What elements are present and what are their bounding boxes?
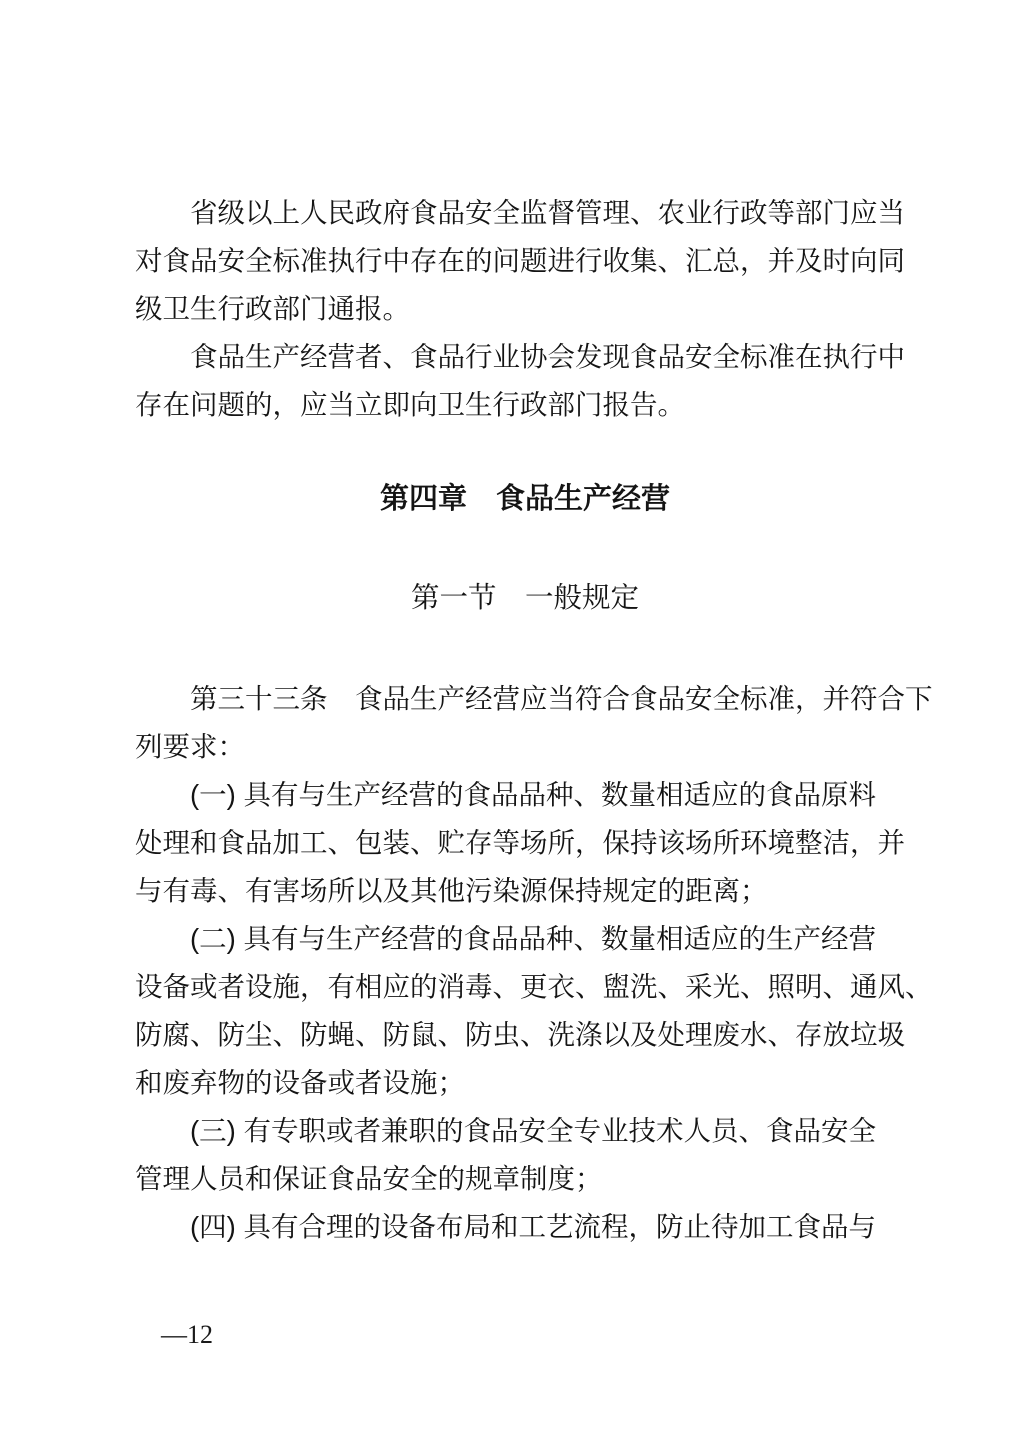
document-page: 省级以上人民政府食品安全监督管理、农业行政等部门应当对食品安全标准执行中存在的问…: [0, 0, 1024, 1450]
document-body: 省级以上人民政府食品安全监督管理、农业行政等部门应当对食品安全标准执行中存在的问…: [135, 189, 915, 1251]
body-line: 管理人员和保证食品安全的规章制度；: [135, 1155, 915, 1203]
paragraph: 省级以上人民政府食品安全监督管理、农业行政等部门应当对食品安全标准执行中存在的问…: [135, 189, 915, 333]
body-line: 处理和食品加工、包装、贮存等场所，保持该场所环境整洁，并: [135, 819, 915, 867]
section-heading: 第一节 一般规定: [135, 575, 915, 623]
paragraph: (四) 具有合理的设备布局和工艺流程，防止待加工食品与: [135, 1203, 915, 1251]
body-line: (三) 有专职或者兼职的食品安全专业技术人员、食品安全: [135, 1107, 915, 1155]
body-line: 第三十三条 食品生产经营应当符合食品安全标准，并符合下: [135, 675, 915, 723]
body-line: (一) 具有与生产经营的食品品种、数量相适应的食品原料: [135, 771, 915, 819]
body-line: 设备或者设施，有相应的消毒、更衣、盥洗、采光、照明、通风、: [135, 963, 915, 1011]
body-line: (四) 具有合理的设备布局和工艺流程，防止待加工食品与: [135, 1203, 915, 1251]
body-line: 存在问题的，应当立即向卫生行政部门报告。: [135, 381, 915, 429]
chapter-heading: 第四章 食品生产经营: [135, 475, 915, 523]
page-number: —12: [161, 1320, 213, 1350]
paragraph: (一) 具有与生产经营的食品品种、数量相适应的食品原料处理和食品加工、包装、贮存…: [135, 771, 915, 915]
body-line: 级卫生行政部门通报。: [135, 285, 915, 333]
paragraph: (三) 有专职或者兼职的食品安全专业技术人员、食品安全管理人员和保证食品安全的规…: [135, 1107, 915, 1203]
body-line: 省级以上人民政府食品安全监督管理、农业行政等部门应当: [135, 189, 915, 237]
body-line: 和废弃物的设备或者设施；: [135, 1059, 915, 1107]
body-line: 对食品安全标准执行中存在的问题进行收集、汇总，并及时向同: [135, 237, 915, 285]
body-line: (二) 具有与生产经营的食品品种、数量相适应的生产经营: [135, 915, 915, 963]
body-line: 食品生产经营者、食品行业协会发现食品安全标准在执行中: [135, 333, 915, 381]
paragraph: 第三十三条 食品生产经营应当符合食品安全标准，并符合下列要求：: [135, 675, 915, 771]
body-line: 与有毒、有害场所以及其他污染源保持规定的距离；: [135, 867, 915, 915]
paragraph: (二) 具有与生产经营的食品品种、数量相适应的生产经营设备或者设施，有相应的消毒…: [135, 915, 915, 1107]
body-line: 列要求：: [135, 723, 915, 771]
body-line: 防腐、防尘、防蝇、防鼠、防虫、洗涤以及处理废水、存放垃圾: [135, 1011, 915, 1059]
paragraph: 食品生产经营者、食品行业协会发现食品安全标准在执行中存在问题的，应当立即向卫生行…: [135, 333, 915, 429]
